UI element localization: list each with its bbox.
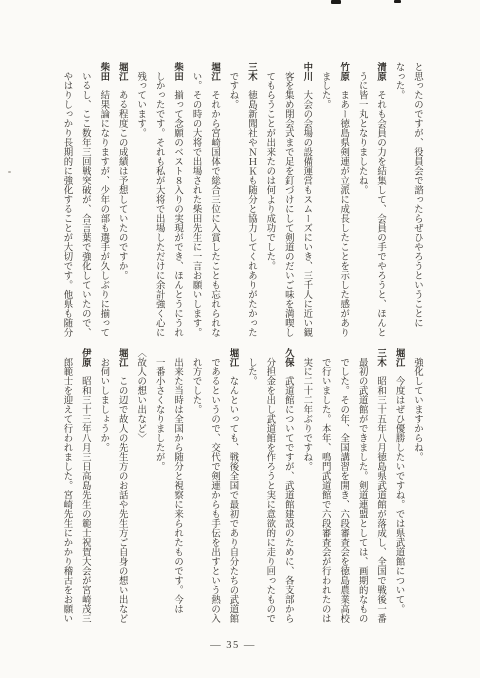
line-text: 徳島新聞社やＮＨＫも随分と協力してくれありがたかった	[246, 81, 256, 337]
text-line: 堀江 この辺で故人の先生方のお話や先生方ご自身の想い出など	[112, 348, 130, 623]
text-line: 竹原 まあー徳島県剣連が立派に成長したことを示した感があり	[334, 62, 352, 337]
text-line: 客を集め閉会式まで足を釘づけにして剣道のだいご味を満喫し	[278, 62, 296, 337]
speaker-name: 中川	[301, 62, 311, 81]
text-line: 強化していますからね。	[408, 348, 426, 623]
speaker-name: 伊原	[80, 348, 90, 367]
text-line: 最初の武道館ができました。剣道連盟としては、画期的なもの	[352, 348, 370, 623]
text-line: うに皆一丸となりましたね。	[352, 62, 370, 337]
line-text: ある程度この成績は予想していたのですか。	[117, 81, 127, 280]
text-line: した。	[241, 348, 259, 623]
line-text: 強化していますからね。	[412, 348, 422, 462]
text-line: 堀江 ある程度この成績は予想していたのですか。	[112, 62, 130, 337]
line-text: この辺で故人の先生方のお話や先生方ご自身の想い出など	[117, 367, 127, 623]
text-line: でした。その年、全国講習を開き、六段審査会を徳島農業高校	[334, 348, 352, 623]
scan-artifact	[8, 171, 11, 173]
line-text: 〈故人の想い出など〉	[135, 348, 145, 443]
text-line: やはりしっかり長期的に強化することが大切です。他県も随分	[57, 62, 75, 337]
line-text: と思ったのですが、役員会で諮ったらぜひやろうということに	[412, 62, 422, 328]
speaker-name: 三木	[375, 348, 385, 367]
text-line: 一番小さくなりましたが。	[149, 348, 167, 623]
line-text: 出来た当時は全国から随分と視察に来られたものです。今は	[172, 348, 182, 614]
line-text: 一番小さくなりましたが。	[154, 348, 164, 471]
speaker-name: 清原	[375, 62, 385, 81]
speaker-name: 堀江	[117, 348, 127, 367]
line-text: 客を集め閉会式まで足を釘づけにして剣道のだいご味を満喫し	[283, 62, 293, 337]
speaker-name: 堀江	[227, 348, 237, 367]
speaker-name: 堀江	[117, 62, 127, 81]
line-text: しかったです。それも私が大将で出場しただけに余計強く心に	[154, 62, 164, 337]
line-text: なった。	[394, 62, 404, 100]
text-line: と思ったのですが、役員会で諮ったらぜひやろうということに	[408, 62, 426, 337]
line-text: 実に二十二年ぶりですね。	[301, 348, 311, 471]
line-text: であるというので、交代で剣連からも手伝を出すという熱の入	[209, 348, 219, 623]
line-text: 大会の会場の設備運営もスムーズにいき、三千人に近い観	[301, 81, 311, 337]
speaker-name: 竹原	[338, 62, 348, 81]
text-block-bottom: 強化していますからね。 堀江 今度はぜひ優勝したいですね。では県武道館について。…	[57, 348, 426, 623]
line-text: れ方でした。	[191, 348, 201, 414]
line-text: いるし、ここ数年三回戦突破が、合言葉で強化していたので、	[80, 62, 90, 337]
text-line: 柴田 結果論になりますが、少年の部も選手が久しぶりに揃って	[94, 62, 112, 337]
line-text: ですね。	[227, 62, 237, 109]
text-line: 出来た当時は全国から随分と視察に来られたものです。今は	[168, 348, 186, 623]
line-text: うに皆一丸となりましたね。	[357, 62, 367, 195]
line-text: 昭和三十五年八月徳島県武道館が落成し、全国で戦後一番	[375, 367, 385, 623]
text-line: 分担金を出し武道館を作ろうと実に意欲的に走り回ったもので	[260, 348, 278, 623]
line-text: お伺いしましょうか。	[98, 348, 108, 452]
line-text: てもらうことが出来たのは何より成功でした。	[264, 62, 274, 271]
line-text: 武道館についてですが、武道館建設のために、各支部から	[283, 367, 293, 623]
text-line: 堀江 今度はぜひ優勝したいですね。では県武道館について。	[389, 348, 407, 623]
line-text: 分担金を出し武道館を作ろうと実に意欲的に走り回ったもので	[264, 348, 274, 623]
speaker-name: 堀江	[209, 62, 219, 81]
scan-artifact	[394, 0, 401, 3]
text-line: 実に二十二年ぶりですね。	[297, 348, 315, 623]
text-line: で行いました。本年、鳴門武道館で六段審査会が行われたのは	[315, 348, 333, 623]
line-text: それも会員の力を結集して、会員の手でやろうと、ほんと	[375, 81, 385, 337]
text-line: 三木 昭和三十五年八月徳島県武道館が落成し、全国で戦後一番	[371, 348, 389, 623]
text-line: ました。	[315, 62, 333, 337]
line-text: 最初の武道館ができました。剣道連盟としては、画期的なもの	[357, 348, 367, 623]
text-line: てもらうことが出来たのは何より成功でした。	[260, 62, 278, 337]
line-text: した。	[246, 348, 256, 386]
text-line: い。その時の大将で出場された柴田先生に一言お願いします。	[186, 62, 204, 337]
speaker-name: 堀江	[394, 348, 404, 367]
line-text: 今度はぜひ優勝したいですね。では県武道館について。	[394, 367, 404, 614]
line-text: ました。	[320, 62, 330, 109]
text-line: 清原 それも会員の力を結集して、会員の手でやろうと、ほんと	[371, 62, 389, 337]
text-line: いるし、ここ数年三回戦突破が、合言葉で強化していたので、	[75, 62, 93, 337]
line-text: なんといっても、戦後全国で最初であり自分たちの武道館	[227, 367, 237, 623]
speaker-name: 三木	[246, 62, 256, 81]
line-text: 残っています。	[135, 62, 145, 138]
line-text: やはりしっかり長期的に強化することが大切です。他県も随分	[61, 62, 71, 337]
scan-artifact	[331, 0, 341, 4]
text-block-top: と思ったのですが、役員会で諮ったらぜひやろうということに なった。 清原 それも…	[57, 62, 426, 337]
line-text: で行いました。本年、鳴門武道館で六段審査会が行われたのは	[320, 348, 330, 623]
page-number: — 35 —	[0, 640, 473, 651]
text-line: ですね。	[223, 62, 241, 337]
line-text: い。その時の大将で出場された柴田先生に一言お願いします。	[191, 62, 201, 337]
text-line: 三木 徳島新聞社やＮＨＫも随分と協力してくれありがたかった	[241, 62, 259, 337]
speaker-name: 柴田	[172, 62, 182, 81]
speaker-name: 柴田	[98, 62, 108, 81]
text-line: 堀江 なんといっても、戦後全国で最初であり自分たちの武道館	[223, 348, 241, 623]
scanned-document-page: と思ったのですが、役員会で諮ったらぜひやろうということに なった。 清原 それも…	[0, 0, 480, 678]
text-line: 郎範士を迎えて行われました。宮崎先生にかかり稽古をお願い	[57, 348, 75, 623]
text-line: なった。	[389, 62, 407, 337]
line-text: 揃って念願のベスト８入りの実現ができ、ほんとうにうれ	[172, 81, 182, 337]
text-line: 堀江 それから宮崎国体で総合三位に入賞したことも忘れられな	[205, 62, 223, 337]
text-line: 久保 武道館についてですが、武道館建設のために、各支部から	[278, 348, 296, 623]
speaker-name: 久保	[283, 348, 293, 367]
text-line: お伺いしましょうか。	[94, 348, 112, 623]
line-text: まあー徳島県剣連が立派に成長したことを示した感があり	[338, 81, 348, 337]
line-text: それから宮崎国体で総合三位に入賞したことも忘れられな	[209, 81, 219, 337]
text-line: 柴田 揃って念願のベスト８入りの実現ができ、ほんとうにうれ	[168, 62, 186, 337]
line-text: 郎範士を迎えて行われました。宮崎先生にかかり稽古をお願い	[61, 348, 71, 623]
line-text: 結果論になりますが、少年の部も選手が久しぶりに揃って	[98, 81, 108, 337]
text-line: 残っています。	[131, 62, 149, 337]
line-text: 昭和三十三年八月三日高島先生の範士祝賀大会が宮崎茂三	[80, 367, 90, 623]
text-line: 中川 大会の会場の設備運営もスムーズにいき、三千人に近い観	[297, 62, 315, 337]
text-line: 〈故人の想い出など〉	[131, 348, 149, 623]
text-line: しかったです。それも私が大将で出場しただけに余計強く心に	[149, 62, 167, 337]
line-text: でした。その年、全国講習を開き、六段審査会を徳島農業高校	[338, 348, 348, 623]
text-line: であるというので、交代で剣連からも手伝を出すという熱の入	[205, 348, 223, 623]
text-line: れ方でした。	[186, 348, 204, 623]
text-line: 伊原 昭和三十三年八月三日高島先生の範士祝賀大会が宮崎茂三	[75, 348, 93, 623]
